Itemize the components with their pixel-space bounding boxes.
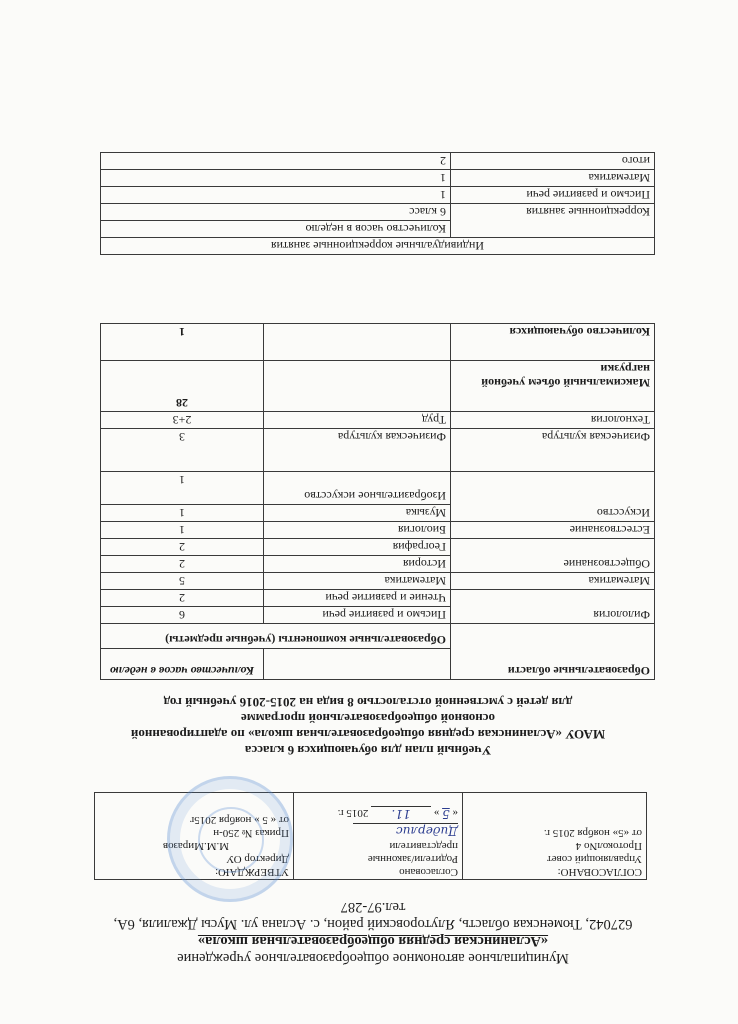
document-page: Муниципальное автономное общеобразовател… xyxy=(0,0,738,1024)
table-row: Письмо и развитие речи 1 xyxy=(101,187,655,204)
students-row: Количество обучающихся 1 xyxy=(101,324,655,361)
max-load-empty xyxy=(264,361,451,412)
parents-agreed-label: Согласовано xyxy=(298,865,458,878)
date-quote-open: « xyxy=(453,807,459,819)
parents-date: « 5 » 11. 2015 г. xyxy=(298,806,458,820)
corrections-table: Индивидуальные коррекционные занятия Кор… xyxy=(100,152,655,255)
table-row: Математика 1 xyxy=(101,170,655,187)
title-line-3: основной общеобразовательной программе xyxy=(108,710,628,726)
director-line: Директор ОУ М.М.Миразов xyxy=(99,839,289,865)
subject-cell: Биология xyxy=(264,522,451,539)
correction-name: Математика xyxy=(451,170,655,187)
table-row: Обществознание История 2 xyxy=(101,556,655,573)
parents-line: Родители/законные xyxy=(298,852,458,865)
table-row: Физическая культура Физическая культура … xyxy=(101,429,655,472)
corrections-class-label: 6 класс xyxy=(101,204,451,221)
subject-cell: История xyxy=(264,556,451,573)
header-areas: Образовательные области xyxy=(451,624,655,680)
hours-cell: 1 xyxy=(101,472,264,505)
area-cell: Математика xyxy=(451,573,655,590)
approved-cell: УТВЕРЖДАЮ: Директор ОУ М.М.Миразов Прика… xyxy=(95,793,294,880)
header-components: Образовательные компоненты (учебные пред… xyxy=(101,624,451,649)
order-date: от « 5 » ноября 2015г xyxy=(99,813,289,826)
date-month: 11. xyxy=(371,806,431,820)
council-name: Управляющий совет xyxy=(467,852,642,865)
curriculum-title: Учебный план для обучающихся 6 класса МА… xyxy=(108,694,628,758)
date-year: 2015 г. xyxy=(338,807,369,819)
council-protocol: ПротоколNo 4 xyxy=(467,839,642,852)
hours-cell: 2 xyxy=(101,556,264,573)
agreed-council-cell: СОГЛАСОВАНО: Управляющий совет ПротоколN… xyxy=(463,793,647,880)
correction-name: Письмо и развитие речи xyxy=(451,187,655,204)
correction-hours: 1 xyxy=(101,170,451,187)
representatives-line: представители xyxy=(298,839,458,852)
subject-cell: Чтение и развитие речи xyxy=(264,590,451,607)
title-line-4: для детей с умственной отсталостью 8 вид… xyxy=(108,694,628,710)
corrections-right-header: Количество часов в неделю xyxy=(101,221,451,238)
subject-cell: Физическая культура xyxy=(264,429,451,472)
council-date: от «5» ноября 2015 г. xyxy=(467,826,642,839)
area-cell: Физическая культура xyxy=(451,429,655,472)
corrections-title: Индивидуальные коррекционные занятия xyxy=(101,238,655,255)
school-header: Муниципальное автономное общеобразовател… xyxy=(88,898,658,966)
date-quote-close: » xyxy=(434,807,440,819)
correction-total-hours: 2 xyxy=(101,153,451,170)
area-cell: Технология xyxy=(451,412,655,429)
subject-cell: Труд xyxy=(264,412,451,429)
hours-cell: 6 xyxy=(101,607,264,624)
title-line-2: МАОУ «Асланинская средняя общеобразовате… xyxy=(108,726,628,742)
agreed-parents-cell: Согласовано Родители/законные представит… xyxy=(294,793,463,880)
max-load-row: Максимальный объем учебной нагрузки 28 xyxy=(101,361,655,412)
students-label: Количество обучающихся xyxy=(451,324,655,361)
max-load-label: Максимальный объем учебной нагрузки xyxy=(451,361,655,412)
subject-cell: Музыка xyxy=(264,505,451,522)
date-day: 5 xyxy=(442,807,450,821)
subject-cell: Письмо и развитие речи xyxy=(264,607,451,624)
agreed-title: СОГЛАСОВАНО: xyxy=(467,865,642,878)
school-name: «Асланинская средняя общеобразовательная… xyxy=(88,932,658,949)
approved-title: УТВЕРЖДАЮ: xyxy=(99,865,289,878)
director-label: Директор ОУ xyxy=(227,853,290,865)
subject-cell: Изобразительное искусство xyxy=(264,472,451,505)
correction-hours: 1 xyxy=(101,187,451,204)
subject-cell: Математика xyxy=(264,573,451,590)
hours-cell: 2 xyxy=(101,539,264,556)
table-row: Математика Математика 5 xyxy=(101,573,655,590)
school-phone: тел.97-287 xyxy=(88,898,658,915)
table-row: Естествознание Биология 1 xyxy=(101,522,655,539)
hours-cell: 5 xyxy=(101,573,264,590)
director-name: М.М.Миразов xyxy=(163,840,229,852)
table-row: Филология Письмо и развитие речи 6 xyxy=(101,607,655,624)
approval-table: СОГЛАСОВАНО: Управляющий совет ПротоколN… xyxy=(94,792,647,880)
curriculum-table: Образовательные области Количество часов… xyxy=(100,323,655,680)
students-empty xyxy=(264,324,451,361)
corrections-left-header: Коррекционные занятия xyxy=(451,204,655,238)
header-hours: Количество часов в неделю xyxy=(101,649,264,680)
area-cell: Искусство xyxy=(451,472,655,522)
hours-cell: 2+3 xyxy=(101,412,264,429)
students-value: 1 xyxy=(101,324,264,361)
area-cell: Обществознание xyxy=(451,539,655,573)
correction-total-label: итого xyxy=(451,153,655,170)
hours-cell: 3 xyxy=(101,429,264,472)
header-line-1: Муниципальное автономное общеобразовател… xyxy=(88,949,658,966)
header-empty xyxy=(264,649,451,680)
parent-signature: Дидерлис xyxy=(353,823,458,837)
title-line-1: Учебный план для обучающихся 6 класса xyxy=(108,742,628,758)
area-cell: Естествознание xyxy=(451,522,655,539)
total-row: итого 2 xyxy=(101,153,655,170)
table-row: Технология Труд 2+3 xyxy=(101,412,655,429)
subject-cell: География xyxy=(264,539,451,556)
hours-cell: 2 xyxy=(101,590,264,607)
area-cell: Филология xyxy=(451,590,655,624)
table-row: Искусство Музыка 1 xyxy=(101,505,655,522)
hours-cell: 1 xyxy=(101,505,264,522)
order-number: Приказ № 250-н xyxy=(99,826,289,839)
max-load-value: 28 xyxy=(101,361,264,412)
hours-cell: 1 xyxy=(101,522,264,539)
school-address: 627042, Тюменская область, Ялуторовский … xyxy=(88,915,658,932)
